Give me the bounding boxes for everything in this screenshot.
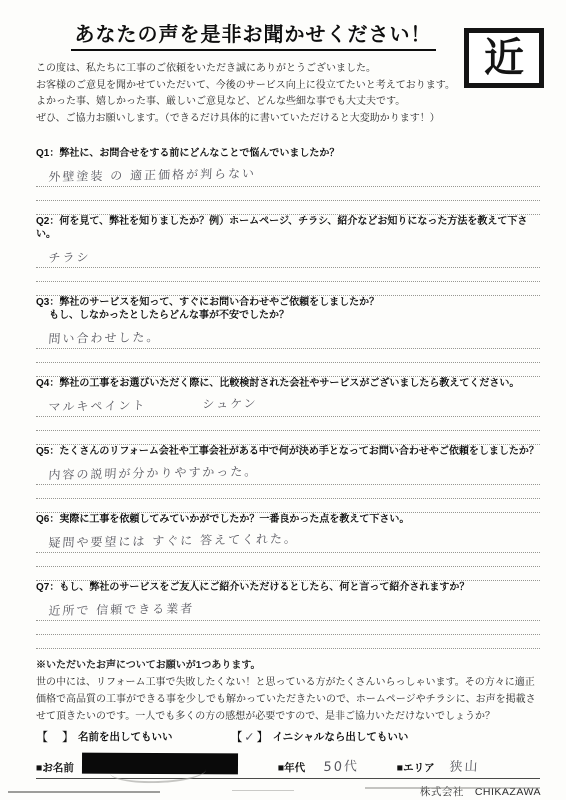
initial-option-label: イニシャルなら出してもいい <box>273 729 409 744</box>
intro-line: ぜひ、ご協力お願いします。（できるだけ具体的に書いていただけると大変助かります！… <box>36 111 528 128</box>
question-block: Q6：実際に工事を依頼してみていかがでしたか？一番良かった点を教えて下さい。 疑… <box>36 513 540 581</box>
consent-options: 【 】 名前を出してもいい 【 ✓ 】 イニシャルなら出してもいい <box>36 728 540 745</box>
question-block: Q4：弊社の工事をお選びいただく際に、比較検討された会社やサービスがございました… <box>36 377 540 445</box>
respondent-fields-row: ■お名前 ■年代 50代 ■エリア 狭山 <box>36 751 540 779</box>
question-block: Q1：弊社に、お問合せをする前にどんなことで悩んでいましたか？ 外壁塗装 の 適… <box>36 147 540 215</box>
answer-line: 問い合わせした。 <box>36 322 540 349</box>
open-bracket: 【 <box>231 728 243 745</box>
area-handwritten-value: 狭山 <box>449 755 480 775</box>
question-block: Q2：何を見て、弊社を知りましたか？例）ホームページ、チラシ、紹介などお知りにな… <box>36 215 540 296</box>
answer-line: 外壁塗装 の 適正価格が判らない <box>36 160 540 187</box>
handwritten-answer: 内容の説明が分かりやすかった。 <box>48 462 259 483</box>
publication-request-note: ※いただいたお声についてお願いが1つあります。 世の中には、リフォーム工事で失敗… <box>36 657 540 725</box>
answer-line: 疑問や要望には すぐに 答えてくれた。 <box>36 526 540 553</box>
blank-answer-line <box>36 282 540 296</box>
question-label: Q2：何を見て、弊社を知りましたか？例）ホームページ、チラシ、紹介などお知りにな… <box>36 215 540 241</box>
blank-answer-line <box>36 363 540 377</box>
question-block: Q3：弊社のサービスを知って、すぐにお問い合わせやご依頼をしましたか？ もし、し… <box>36 296 540 377</box>
survey-sheet: あなたの声を是非お聞かせください！ 近 この度は、私たちに工事のご依頼をいただき… <box>0 0 566 800</box>
question-label-line2: もし、しなかったとしたらどんな事が不安でしたか？ <box>36 309 540 322</box>
blank-answer-line <box>36 499 540 513</box>
name-option-label: 名前を出してもいい <box>78 729 173 744</box>
blank-answer-line <box>36 621 540 635</box>
blank-answer-line <box>36 268 540 282</box>
intro-text: この度は、私たちに工事のご依頼をいただき誠にありがとうございました。 お客様のご… <box>36 61 528 127</box>
age-handwritten-value: 50代 <box>323 755 360 775</box>
answer-line: 近所で 信頼できる業者 <box>36 594 540 621</box>
handwritten-answer: マルキペイント シュケン <box>48 394 258 415</box>
answer-line: チラシ <box>36 241 540 268</box>
blank-answer-line <box>36 417 540 431</box>
blank-answer-line <box>36 553 540 567</box>
handwritten-answer: チラシ <box>48 248 91 266</box>
blank-answer-line <box>36 567 540 581</box>
scan-artifact-line <box>8 791 160 793</box>
handwritten-answer: 近所で 信頼できる業者 <box>48 599 195 619</box>
question-label: Q4：弊社の工事をお選びいただく際に、比較検討された会社やサービスがございました… <box>36 377 540 390</box>
name-value-area <box>82 753 238 775</box>
handwritten-answer: 疑問や要望には すぐに 答えてくれた。 <box>48 530 298 551</box>
blank-answer-line <box>36 485 540 499</box>
handwritten-answer: 問い合わせした。 <box>48 328 161 347</box>
question-label: Q7：もし、弊社のサービスをご友人にご紹介いただけるとしたら、何と言って紹介され… <box>36 581 540 594</box>
question-label: Q6：実際に工事を依頼してみていかがでしたか？一番良かった点を教えて下さい。 <box>36 513 540 526</box>
area-field-label: ■エリア <box>397 760 435 775</box>
questions-section: Q1：弊社に、お問合せをする前にどんなことで悩んでいましたか？ 外壁塗装 の 適… <box>36 147 540 649</box>
consent-option-initial: 【 ✓ 】 イニシャルなら出してもいい <box>231 728 409 745</box>
signature-scribble <box>110 767 206 784</box>
intro-line: この度は、私たちに工事のご依頼をいただき誠にありがとうございました。 <box>36 61 528 78</box>
question-block: Q7：もし、弊社のサービスをご友人にご紹介いただけるとしたら、何と言って紹介され… <box>36 581 540 649</box>
blank-answer-line <box>36 201 540 215</box>
blank-answer-line <box>36 187 540 201</box>
scan-artifact-line <box>232 790 294 791</box>
answer-line: 内容の説明が分かりやすかった。 <box>36 458 540 485</box>
open-bracket: 【 <box>36 728 48 745</box>
age-field-label: ■年代 <box>278 760 305 775</box>
blank-answer-line <box>36 431 540 445</box>
page-title: あなたの声を是非お聞かせください！ <box>71 18 436 51</box>
question-block: Q5：たくさんのリフォーム会社や工事会社がある中で何が決め手となってお問い合わせ… <box>36 445 540 513</box>
blank-answer-line <box>36 349 540 363</box>
blank-answer-line <box>36 635 540 649</box>
intro-line: よかった事、嬉しかった事、厳しいご意見など、どんな些細な事でも大丈夫です。 <box>36 94 528 111</box>
question-label: Q3：弊社のサービスを知って、すぐにお問い合わせやご依頼をしましたか？ <box>36 296 540 309</box>
initial-option-checkmark: ✓ <box>243 729 258 743</box>
handwritten-answer: 外壁塗装 の 適正価格が判らない <box>48 164 257 185</box>
close-bracket: 】 <box>62 728 74 745</box>
close-bracket: 】 <box>257 728 269 745</box>
note-body: 世の中には、リフォーム工事で失敗したくない！と思っている方がたくさんいらっしゃい… <box>36 674 540 725</box>
company-logo: 近 <box>464 28 544 88</box>
company-logo-kanji: 近 <box>484 38 524 78</box>
answer-line: マルキペイント シュケン <box>36 390 540 417</box>
question-label: Q1：弊社に、お問合せをする前にどんなことで悩んでいましたか？ <box>36 147 540 160</box>
consent-option-name: 【 】 名前を出してもいい <box>36 728 173 745</box>
intro-line: お客様のご意見を聞かせていただいて、今後のサービス向上に役立てたいと考えておりま… <box>36 78 528 95</box>
name-field-label: ■お名前 <box>36 760 74 775</box>
question-label: Q5：たくさんのリフォーム会社や工事会社がある中で何が決め手となってお問い合わせ… <box>36 445 540 458</box>
note-title: ※いただいたお声についてお願いが1つあります。 <box>36 657 540 674</box>
scan-artifact-line <box>365 787 540 789</box>
